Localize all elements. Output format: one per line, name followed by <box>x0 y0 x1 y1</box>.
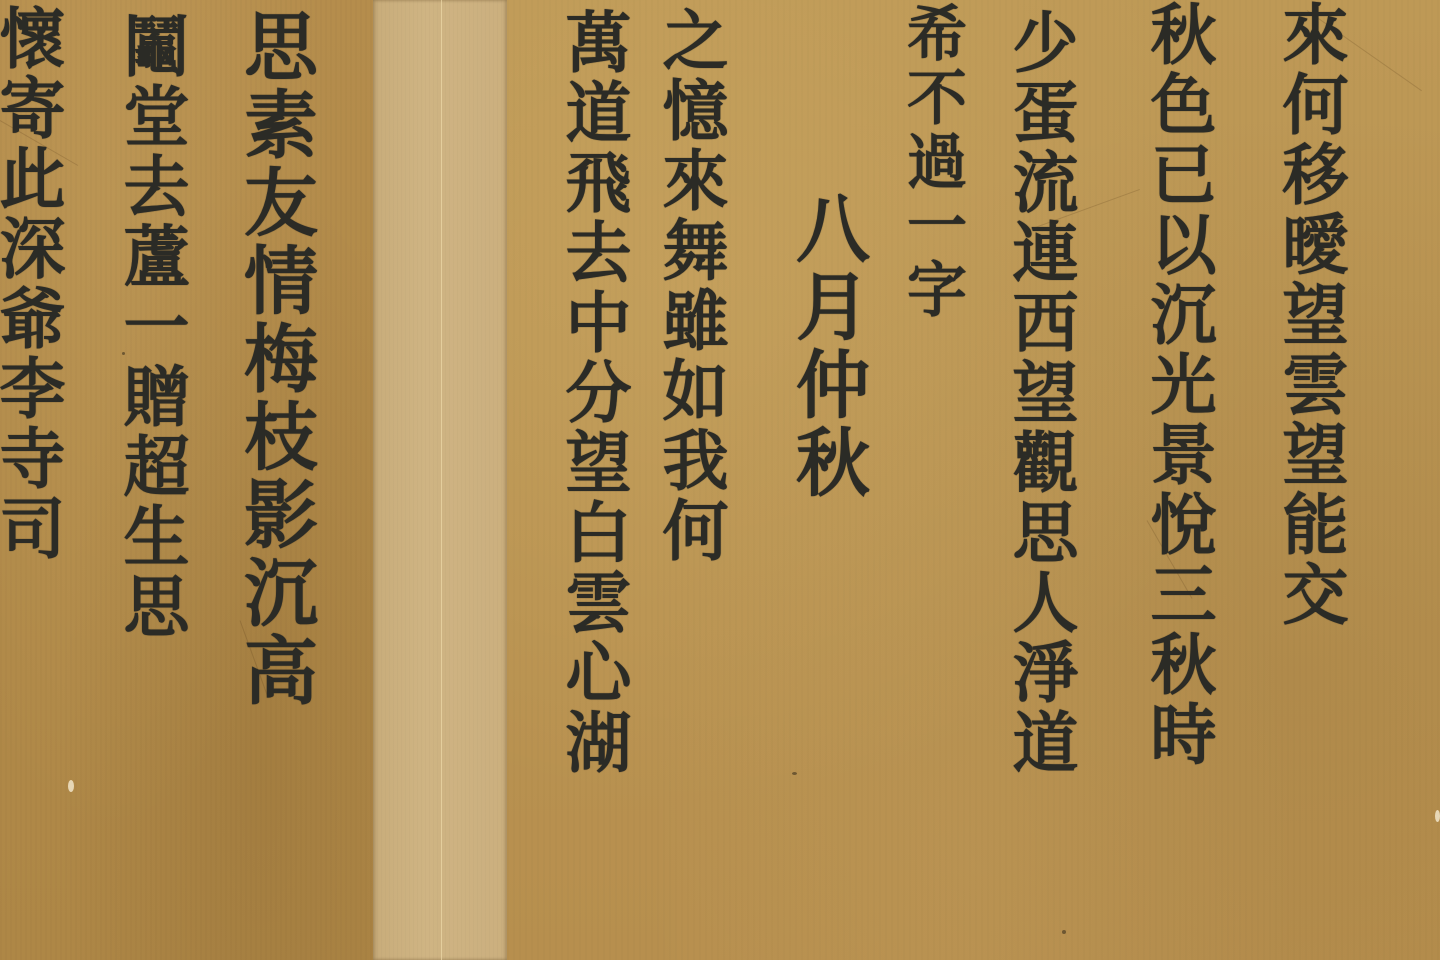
paper-speck <box>1062 930 1066 934</box>
scroll-paper-right: 萬道飛去中分望白雲心湖 之憶來舞雖如我何 八月仲秋 希不過一字 少蛋流連西望觀思… <box>507 0 1440 960</box>
calligraphy-column-left-1: 懷寄此深爺李寺司 <box>0 4 60 564</box>
paper-speck <box>792 772 797 775</box>
calligraphy-column-right-6: 秋色已以沉光景悅三秋時 <box>1145 0 1211 770</box>
calligraphy-date-line: 八月仲秋 <box>790 190 864 502</box>
calligraphy-column-right-2: 之憶來舞雖如我何 <box>657 6 723 566</box>
calligraphy-column-right-5: 少蛋流連西望觀思人淨道 <box>1007 8 1073 778</box>
calligraphy-column-left-3: 思素友情梅枝影沉高 <box>238 8 312 710</box>
calligraphy-column-right-1: 萬道飛去中分望白雲心湖 <box>560 8 626 778</box>
calligraphy-column-left-2: 鬮堂去蘆一贈超生思 <box>118 12 184 642</box>
paper-blemish <box>68 780 74 792</box>
mounting-seam <box>441 0 442 960</box>
calligraphy-column-right-4: 希不過一字 <box>902 2 962 322</box>
scroll-mounting-strip <box>373 0 507 960</box>
calligraphy-column-right-7: 來何移曖望雲望能交 <box>1277 0 1343 630</box>
scroll-paper-left: 懷寄此深爺李寺司 鬮堂去蘆一贈超生思 思素友情梅枝影沉高 <box>0 0 373 960</box>
paper-blemish <box>1435 810 1440 822</box>
